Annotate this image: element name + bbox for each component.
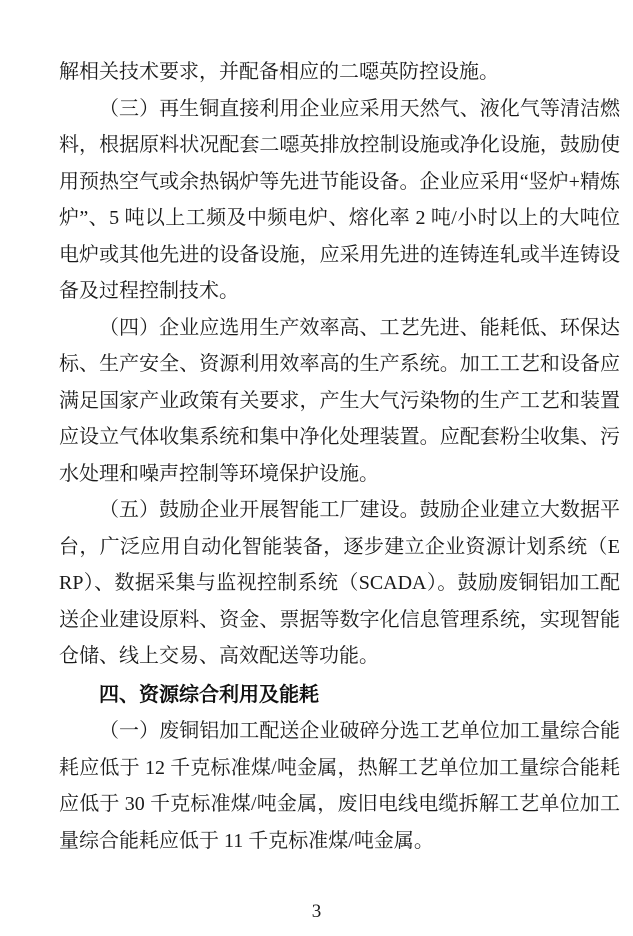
document-text-block: 解相关技术要求，并配备相应的二噁英防控设施。 （三）再生铜直接利用企业应采用天然…: [59, 54, 620, 859]
page-number: 3: [0, 900, 633, 924]
paragraph-continuation: 解相关技术要求，并配备相应的二噁英防控设施。: [59, 54, 620, 91]
paragraph-item-5: （五）鼓励企业开展智能工厂建设。鼓励企业建立大数据平台，广泛应用自动化智能装备，…: [59, 492, 620, 675]
paragraph-item-4: （四）企业应选用生产效率高、工艺先进、能耗低、环保达标、生产安全、资源利用效率高…: [59, 310, 620, 493]
section-heading-resource-utilization: 四、资源综合利用及能耗: [59, 677, 620, 714]
paragraph-item-3: （三）再生铜直接利用企业应采用天然气、液化气等清洁燃料，根据原料状况配套二噁英排…: [59, 91, 620, 310]
document-page: 解相关技术要求，并配备相应的二噁英防控设施。 （三）再生铜直接利用企业应采用天然…: [0, 0, 633, 936]
paragraph-item-1-energy: （一）废铜铝加工配送企业破碎分选工艺单位加工量综合能耗应低于 12 千克标准煤/…: [59, 713, 620, 859]
